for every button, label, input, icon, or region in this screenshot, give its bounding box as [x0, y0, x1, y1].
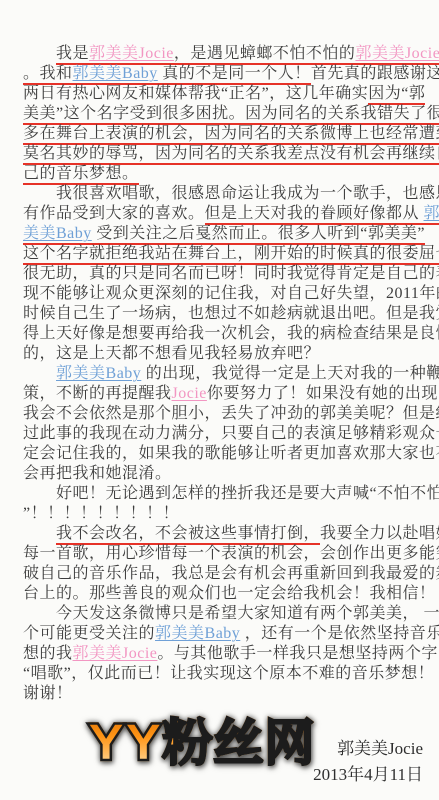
text-line: 我不会改名，不会被这些事情打倒，我要全力以赴唱好: [23, 524, 437, 544]
highlight-blue-name: 郭美美Baby: [73, 65, 158, 85]
text-line: 现不能够让观众更深刻的记住我，对自己好失望，2011年的: [23, 284, 437, 304]
text-line: 很无助，真的只是同名而已呀！同时我觉得肯定是自己的表: [23, 264, 437, 284]
text-run: 莫名其妙的辱骂，因为同名的关系我差点没有机会再继续自: [23, 145, 439, 165]
text-run: 时候自己生了一场病，也想过不如趁病就退出吧。但是我觉: [23, 305, 439, 322]
text-line: 得上天好像是想要再给我一次机会，我的病检查结果是良性: [23, 324, 437, 344]
text-line: 郭美美Baby 的出现，我觉得一定是上天对我的一种鞭: [23, 364, 437, 384]
text-line: 我是郭美美Jocie，是遇见蟑螂不怕不怕的郭美美Jocie: [23, 44, 437, 64]
text-line: 我会不会依然是那个胆小，丢失了冲劲的郭美美呢？但是经: [23, 404, 437, 424]
text-run: 美美”这个名字受到很多困扰。因为同名的关系我错失了很: [23, 105, 439, 125]
text-line: 策，不断的再提醒我Jocie你要努力了！如果没有她的出现: [23, 384, 437, 404]
signature-name: 郭美美Jocie: [313, 736, 423, 762]
text-run: 个可能更受关注的: [23, 625, 155, 642]
text-line: “唱歌”，仅此而已！让我实现这个原本不难的音乐梦想！: [23, 664, 437, 684]
text-run: 。我和: [23, 65, 73, 85]
text-run: [23, 45, 56, 62]
text-run: 得上天好像是想要再给我一次机会，我的病检查结果是良性: [23, 325, 439, 342]
highlight-blue-name: 郭美美Baby: [56, 365, 141, 382]
text-line: 过此事的我现在动力满分，只要自己的表演足够精彩观众一: [23, 424, 437, 444]
text-line: 有作品受到大家的喜欢。但是上天对我的眷顾好像都从 郭: [23, 204, 437, 224]
text-run: 我很喜欢唱歌，很感恩命运让我成为一个歌手，也感恩: [23, 185, 439, 202]
text-line: 好吧！无论遇到怎样的挫折我还是要大声喊“不怕不怕: [23, 484, 437, 504]
text-line: 想的我郭美美Jocie。与其他歌手一样我只是想坚持两个字: [23, 644, 437, 664]
text-run: 首先真的跟感谢这: [311, 65, 439, 82]
text-run: 但是上天对我的眷顾好像都从: [205, 205, 424, 225]
watermark-logo: YY粉丝网: [88, 712, 315, 774]
text-line: 定会记住我的，如果我的歌能够让听者更加喜欢那大家也不: [23, 444, 437, 464]
text-line: 今天发这条微博只是希望大家知道有两个郭美美， 一: [23, 604, 437, 624]
text-run: 两日有热心网友和媒体帮我“正名”，这几年确实: [23, 85, 368, 102]
text-run: 真的不是同一个人！: [158, 65, 311, 85]
text-run: [23, 365, 56, 382]
text-line: 多在舞台上表演的机会，因为同名的关系微博上也经常遭到: [23, 124, 437, 144]
text-line: 两日有热心网友和媒体帮我“正名”，这几年确实因为“郭: [23, 84, 437, 104]
text-run: 受到关注之后戛然而止。很多人听到“郭美美”: [92, 225, 425, 245]
text-line: 美美”这个名字受到很多困扰。因为同名的关系我错失了很: [23, 104, 437, 124]
text-run: ，是遇见蟑螂不怕不怕的: [174, 45, 356, 65]
text-run: ”！！！！！！！！！: [23, 505, 179, 522]
text-line: 的，这是上天都不想看见我轻易放弃吧？: [23, 344, 437, 364]
text-line: 时候自己生了一场病，也想过不如趁病就退出吧。但是我觉: [23, 304, 437, 324]
text-run: 会再把我和她混淆。: [23, 465, 172, 482]
text-run: 这个名字就拒绝我站在舞台上，刚开始的时候真的很委屈也: [23, 245, 439, 265]
text-run: 。与其他歌手一样我只是想坚持两个字: [157, 645, 438, 662]
text-run: 我不会改名，不会被这些事情打倒，: [56, 525, 320, 545]
text-run: 每一首歌，用心珍惜每一个表演的机会，会创作出更多能突: [23, 545, 439, 562]
highlight-pink-name: 郭美美Jocie: [355, 45, 439, 65]
text-line: 。我和郭美美Baby 真的不是同一个人！首先真的跟感谢这: [23, 64, 437, 84]
text-run: 己的音乐梦想。: [23, 165, 139, 185]
text-line: 破自己的音乐作品，我总是会有机会再重新回到我最爱的舞: [23, 564, 437, 584]
highlight-pink-name: Jocie: [172, 385, 207, 402]
text-run: 今天发这条微博只是希望大家知道有两个郭美美， 一: [23, 605, 439, 622]
text-run: 你要努力了！如果没有她的出现: [207, 385, 438, 402]
text-run: 谢谢！: [23, 685, 73, 702]
signature-block: 郭美美Jocie 2013年4月11日: [313, 736, 423, 788]
highlight-blue-name: 美美Baby: [23, 225, 92, 245]
text-run: [23, 525, 56, 542]
text-run: 台上的。那些善良的观众们也一定会给我机会！我相信！: [23, 585, 436, 602]
text-run: 我要全力以赴唱好: [320, 525, 439, 542]
text-line: 个可能更受关注的郭美美Baby ，还有一个是依然坚持音乐梦: [23, 624, 437, 644]
text-run: 很无助，真的只是同名而已呀！同时我觉得肯定是自己的表: [23, 265, 439, 282]
text-run: 好吧！无论遇到怎样的挫折我还是要大声喊“不怕不怕: [23, 485, 439, 502]
text-run: 多在舞台上表演的机会，因为同名的关系微博上也经常遭到: [23, 125, 439, 145]
text-run: 现不能够让观众更深刻的记住我，对自己好失望，2011年的: [23, 285, 439, 302]
text-line: 每一首歌，用心珍惜每一个表演的机会，会创作出更多能突: [23, 544, 437, 564]
text-line: ”！！！！！！！！！: [23, 504, 437, 524]
text-line: 台上的。那些善良的观众们也一定会给我机会！我相信！: [23, 584, 437, 604]
highlight-pink-name: 郭美美Jocie: [73, 645, 158, 662]
text-line: 会再把我和她混淆。: [23, 464, 437, 484]
text-run: 我是: [56, 45, 89, 65]
text-run: 有作品受到大家的喜欢。: [23, 205, 205, 222]
text-run: 想的我: [23, 645, 73, 662]
text-run: 的出现，我觉得一定是上天对我的一种鞭: [141, 365, 439, 382]
text-line: 我很喜欢唱歌，很感恩命运让我成为一个歌手，也感恩: [23, 184, 437, 204]
text-run: ，还有一个是依然坚持音乐梦: [240, 625, 439, 642]
text-run: 我会不会依然是那个胆小，丢失了冲劲的郭美美呢？但是经: [23, 405, 439, 422]
text-run: 定会记住我的，如果我的歌能够让听者更加喜欢那大家也不: [23, 445, 439, 462]
text-line: 美美Baby 受到关注之后戛然而止。很多人听到“郭美美”: [23, 224, 437, 244]
text-line: 莫名其妙的辱骂，因为同名的关系我差点没有机会再继续自: [23, 144, 437, 164]
highlight-pink-name: 郭美美Jocie: [89, 45, 174, 65]
signature-date: 2013年4月11日: [313, 762, 423, 788]
text-line: 己的音乐梦想。: [23, 164, 437, 184]
text-line: 谢谢！: [23, 684, 437, 704]
text-run: 破自己的音乐作品，我总是会有机会再重新回到我最爱的舞: [23, 565, 439, 582]
text-run: 因为“郭: [368, 85, 425, 105]
text-line: 这个名字就拒绝我站在舞台上，刚开始的时候真的很委屈也: [23, 244, 437, 264]
text-run: 过此事的我现在动力满分，只要自己的表演足够精彩观众一: [23, 425, 439, 442]
highlight-blue-name: 郭美美Baby: [155, 625, 240, 642]
statement-document: 我是郭美美Jocie，是遇见蟑螂不怕不怕的郭美美Jocie。我和郭美美Baby …: [23, 44, 437, 704]
text-run: 的，这是上天都不想看见我轻易放弃吧？: [23, 345, 320, 362]
text-run: 策，不断的再提醒我: [23, 385, 172, 402]
highlight-blue-name: 郭: [424, 205, 439, 225]
text-run: “唱歌”，仅此而已！让我实现这个原本不难的音乐梦想！: [23, 665, 434, 682]
